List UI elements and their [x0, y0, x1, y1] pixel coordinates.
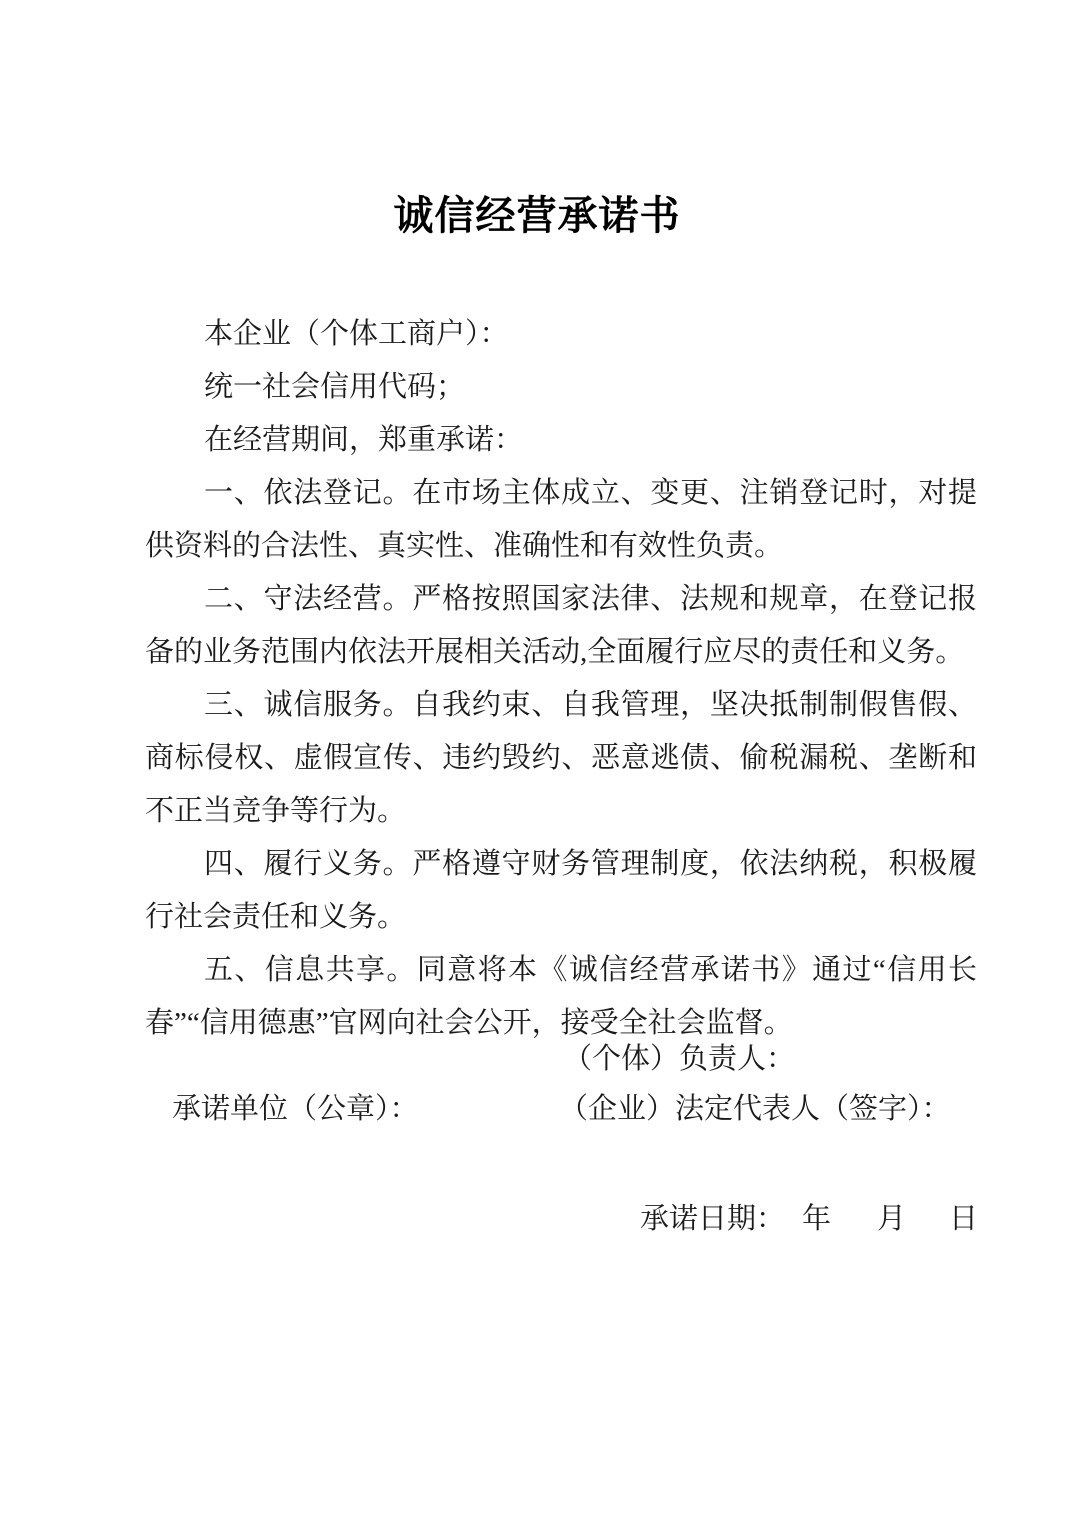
date-month-label: 月 — [877, 1203, 906, 1235]
paragraph-line: 不正当竞争等行为。 — [145, 785, 977, 838]
paragraph-line: 统一社会信用代码； — [145, 361, 977, 414]
paragraph-line: 商标侵权、虚假宣传、违约毁约、恶意逃债、偷税漏税、垄断和 — [145, 732, 977, 785]
signature-unit-seal: 承诺单位（公章）： — [172, 1083, 419, 1136]
paragraph-line: 四、履行义务。严格遵守财务管理制度，依法纳税，积极履 — [145, 838, 977, 891]
document-title: 诚信经营承诺书 — [0, 184, 1074, 241]
paragraph-line: 在经营期间，郑重承诺： — [145, 414, 977, 467]
paragraph-line: 备的业务范围内依法开展相关活动,全面履行应尽的责任和义务。 — [145, 626, 977, 679]
paragraph-line: 本企业（个体工商户）： — [145, 308, 977, 361]
document-page: 诚信经营承诺书 本企业（个体工商户）：统一社会信用代码；在经营期间，郑重承诺：一… — [0, 0, 1074, 1520]
signature-legal-representative: （企业）法定代表人（签字）： — [559, 1083, 951, 1136]
paragraph-line: 一、依法登记。在市场主体成立、变更、注销登记时，对提 — [145, 467, 977, 520]
signature-date-line: 承诺日期：年月日 — [640, 1193, 978, 1246]
document-body: 本企业（个体工商户）：统一社会信用代码；在经营期间，郑重承诺：一、依法登记。在市… — [145, 308, 977, 1050]
signature-individual-responsible: （个体）负责人： — [563, 1033, 795, 1086]
paragraph-line: 供资料的合法性、真实性、准确性和有效性负责。 — [145, 520, 977, 573]
paragraph-line: 三、诚信服务。自我约束、自我管理，坚决抵制制假售假、 — [145, 679, 977, 732]
date-year-label: 年 — [802, 1203, 831, 1235]
paragraph-line: 二、守法经营。严格按照国家法律、法规和规章，在登记报 — [145, 573, 977, 626]
paragraph-line: 五、信息共享。同意将本《诚信经营承诺书》通过“信用长 — [145, 944, 977, 997]
paragraph-line: 行社会责任和义务。 — [145, 891, 977, 944]
date-day-label: 日 — [949, 1203, 978, 1235]
paragraph-line: 春”“信用德惠”官网向社会公开，接受全社会监督。 — [145, 997, 977, 1050]
date-label: 承诺日期： — [640, 1203, 785, 1235]
